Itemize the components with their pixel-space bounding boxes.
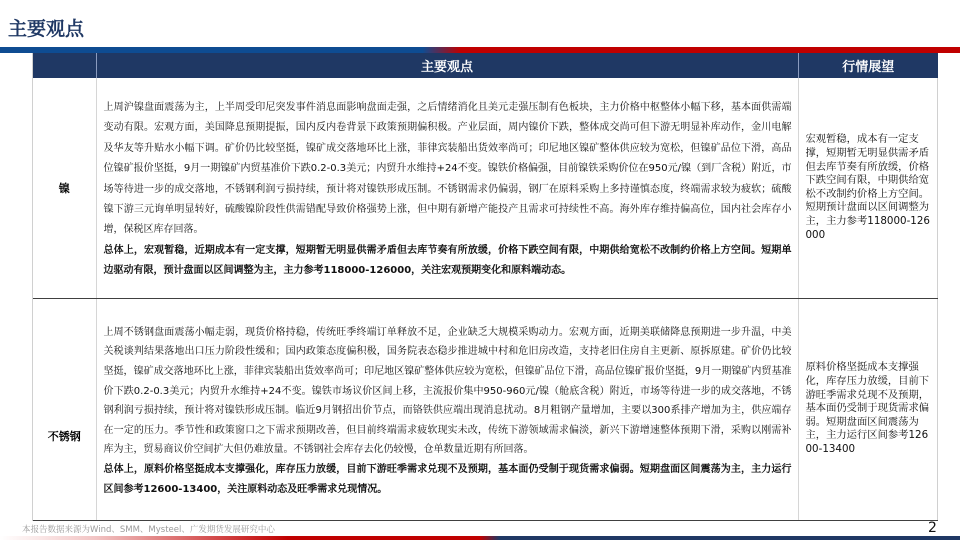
table-row-nickel: 镍 上周沪镍盘面震荡为主，上半周受印尼突发事件消息面影响盘面走强，之后情绪消化且… <box>33 78 938 298</box>
page-number: 2 <box>928 520 937 536</box>
stainless-outlook-text: 原料价格坚挺成本支撑强化，库存压力放缓，目前下游旺季需求兑现不及预期，基本面仍受… <box>799 361 939 456</box>
outlook-nickel: 宏观暂稳，成本有一定支撑，短期暂无明显供需矛盾但去库节奏有所放缓，价格下跌空间有… <box>798 78 938 298</box>
table-header-row: 主要观点 行情展望 <box>33 53 938 78</box>
page-title: 主要观点 <box>8 14 84 41</box>
data-source-note: 本报告数据来源为Wind、SMM、Mysteel、广发期货发展研究中心 <box>22 523 275 535</box>
stainless-summary-text: 总体上，原料价格坚挺成本支撑强化，库存压力放缓，目前下游旺季需求兑现不及预期，基… <box>104 460 792 499</box>
header-main-viewpoint: 主要观点 <box>96 53 798 78</box>
row-label-stainless-steel: 不锈钢 <box>33 298 96 520</box>
row-label-nickel: 镍 <box>33 78 96 298</box>
nickel-summary-text: 总体上，宏观暂稳，近期成本有一定支撑，短期暂无明显供需矛盾但去库节奏有所放缓，价… <box>104 241 792 282</box>
table-row-stainless-steel: 不锈钢 上周不锈钢盘面震荡小幅走弱，现货价格持稳，传统旺季终端订单释放不足，企业… <box>33 298 938 520</box>
nickel-analysis-text: 上周沪镍盘面震荡为主，上半周受印尼突发事件消息面影响盘面走强，之后情绪消化且美元… <box>104 98 792 241</box>
main-viewpoint-nickel: 上周沪镍盘面震荡为主，上半周受印尼突发事件消息面影响盘面走强，之后情绪消化且美元… <box>96 78 798 298</box>
outlook-stainless-steel: 原料价格坚挺成本支撑强化，库存压力放缓，目前下游旺季需求兑现不及预期，基本面仍受… <box>798 298 938 520</box>
stainless-analysis-text: 上周不锈钢盘面震荡小幅走弱，现货价格持稳，传统旺季终端订单释放不足，企业缺乏大规… <box>104 323 792 460</box>
header-market-outlook: 行情展望 <box>798 53 938 78</box>
bottom-accent-bar <box>0 536 960 540</box>
viewpoints-table-container: 主要观点 行情展望 镍 上周沪镍盘面震荡为主，上半周受印尼突发事件消息面影响盘面… <box>32 53 938 521</box>
viewpoints-table: 主要观点 行情展望 镍 上周沪镍盘面震荡为主，上半周受印尼突发事件消息面影响盘面… <box>33 53 938 521</box>
main-viewpoint-stainless-steel: 上周不锈钢盘面震荡小幅走弱，现货价格持稳，传统旺季终端订单释放不足，企业缺乏大规… <box>96 298 798 520</box>
nickel-outlook-text: 宏观暂稳，成本有一定支撑，短期暂无明显供需矛盾但去库节奏有所放缓，价格下跌空间有… <box>799 133 939 242</box>
header-label-cell <box>33 53 96 78</box>
